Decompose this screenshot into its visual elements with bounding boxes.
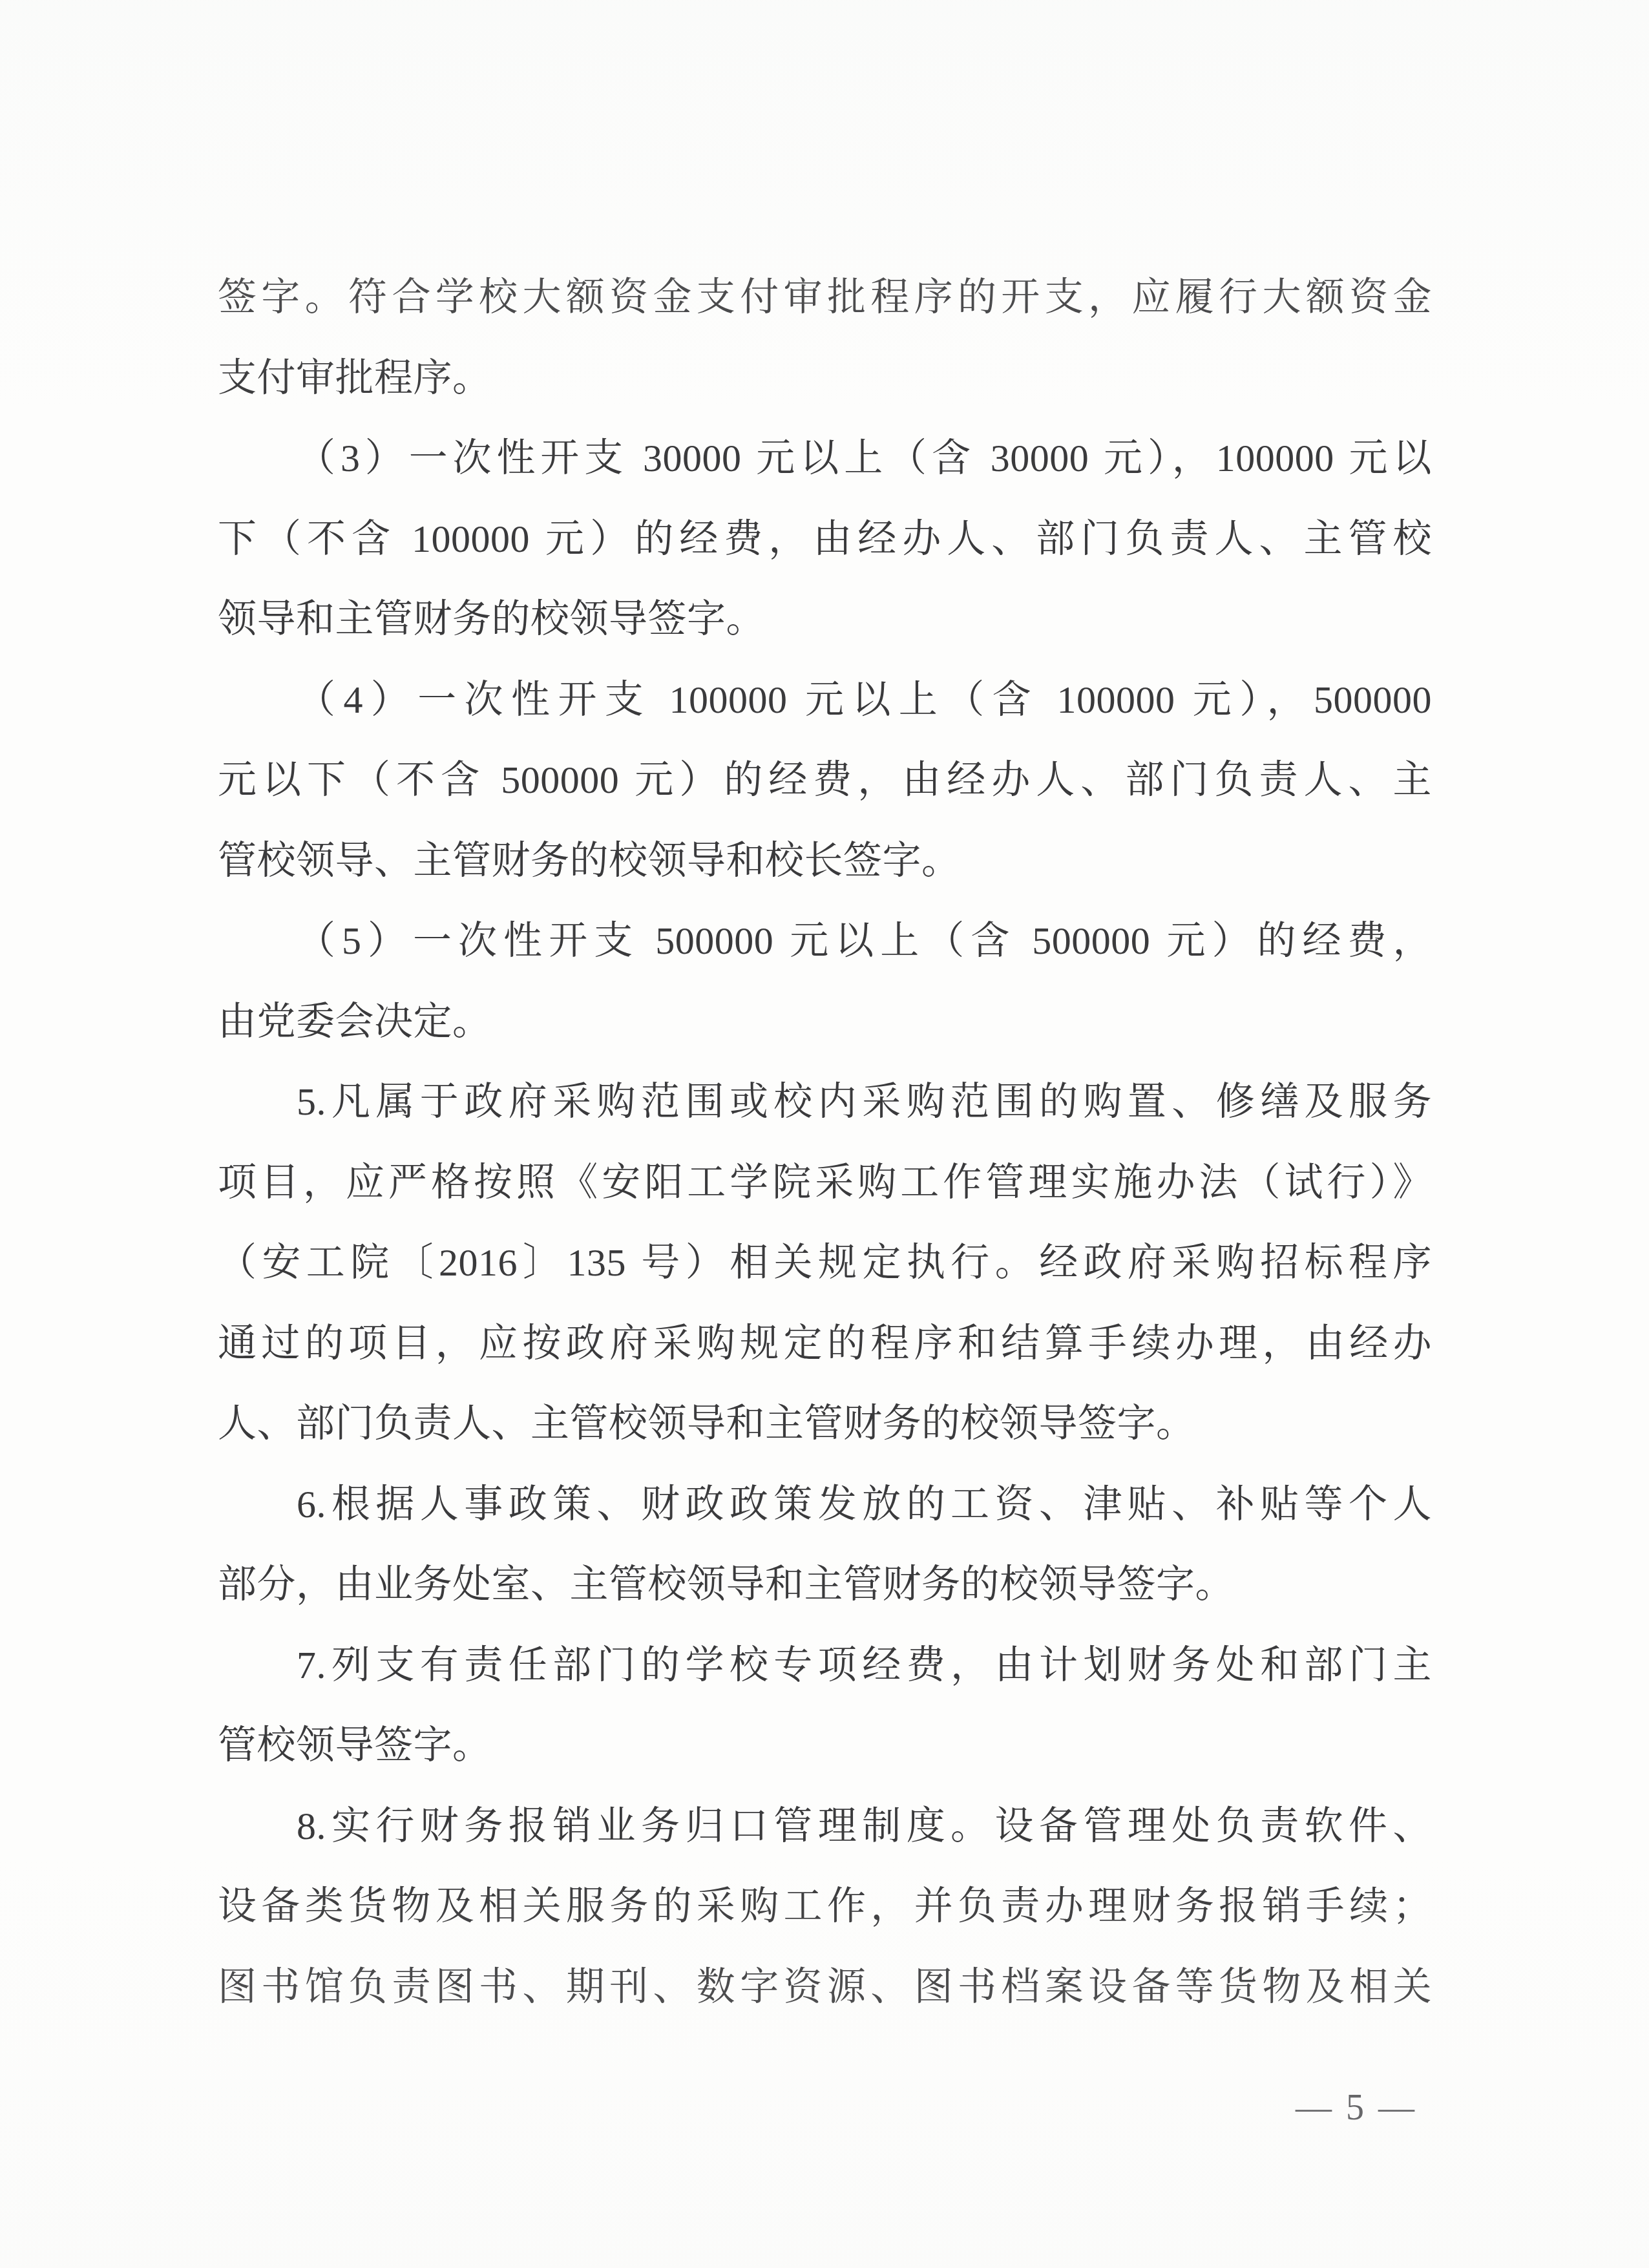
- text-line: 支付审批程序。: [218, 338, 1432, 419]
- document-body: 签字。符合学校大额资金支付审批程序的开支，应履行大额资金支付审批程序。（3）一次…: [218, 257, 1432, 2027]
- scanned-document-page: 签字。符合学校大额资金支付审批程序的开支，应履行大额资金支付审批程序。（3）一次…: [0, 0, 1649, 2268]
- text-line: （4）一次性开支 100000 元以上（含 100000 元），500000: [218, 660, 1432, 740]
- text-line: （3）一次性开支 30000 元以上（含 30000 元），100000 元以: [218, 418, 1432, 499]
- text-line: 项目，应严格按照《安阳工学院采购工作管理实施办法（试行）》: [218, 1142, 1432, 1223]
- text-line: 领导和主管财务的校领导签字。: [218, 579, 1432, 660]
- text-line: 图书馆负责图书、期刊、数字资源、图书档案设备等货物及相关: [218, 1947, 1432, 2028]
- text-line: 元以下（不含 500000 元）的经费，由经办人、部门负责人、主: [218, 740, 1432, 821]
- text-line: 7.列支有责任部门的学校专项经费，由计划财务处和部门主: [218, 1625, 1432, 1706]
- text-line: 部分，由业务处室、主管校领导和主管财务的校领导签字。: [218, 1544, 1432, 1625]
- page-number: — 5 —: [1296, 2088, 1417, 2127]
- text-line: 人、部门负责人、主管校领导和主管财务的校领导签字。: [218, 1383, 1432, 1464]
- text-line: 下（不含 100000 元）的经费，由经办人、部门负责人、主管校: [218, 499, 1432, 580]
- text-line: 设备类货物及相关服务的采购工作，并负责办理财务报销手续；: [218, 1866, 1432, 1947]
- text-line: （5）一次性开支 500000 元以上（含 500000 元）的经费，: [218, 901, 1432, 982]
- text-line: 管校领导签字。: [218, 1705, 1432, 1786]
- text-line: （安工院〔2016〕135 号）相关规定执行。经政府采购招标程序: [218, 1223, 1432, 1303]
- text-line: 由党委会决定。: [218, 982, 1432, 1062]
- text-line: 6.根据人事政策、财政政策发放的工资、津贴、补贴等个人: [218, 1464, 1432, 1545]
- text-line: 签字。符合学校大额资金支付审批程序的开支，应履行大额资金: [218, 257, 1432, 338]
- text-line: 8.实行财务报销业务归口管理制度。设备管理处负责软件、: [218, 1786, 1432, 1867]
- text-line: 管校领导、主管财务的校领导和校长签字。: [218, 821, 1432, 901]
- text-line: 通过的项目，应按政府采购规定的程序和结算手续办理，由经办: [218, 1303, 1432, 1384]
- text-line: 5.凡属于政府采购范围或校内采购范围的购置、修缮及服务: [218, 1062, 1432, 1142]
